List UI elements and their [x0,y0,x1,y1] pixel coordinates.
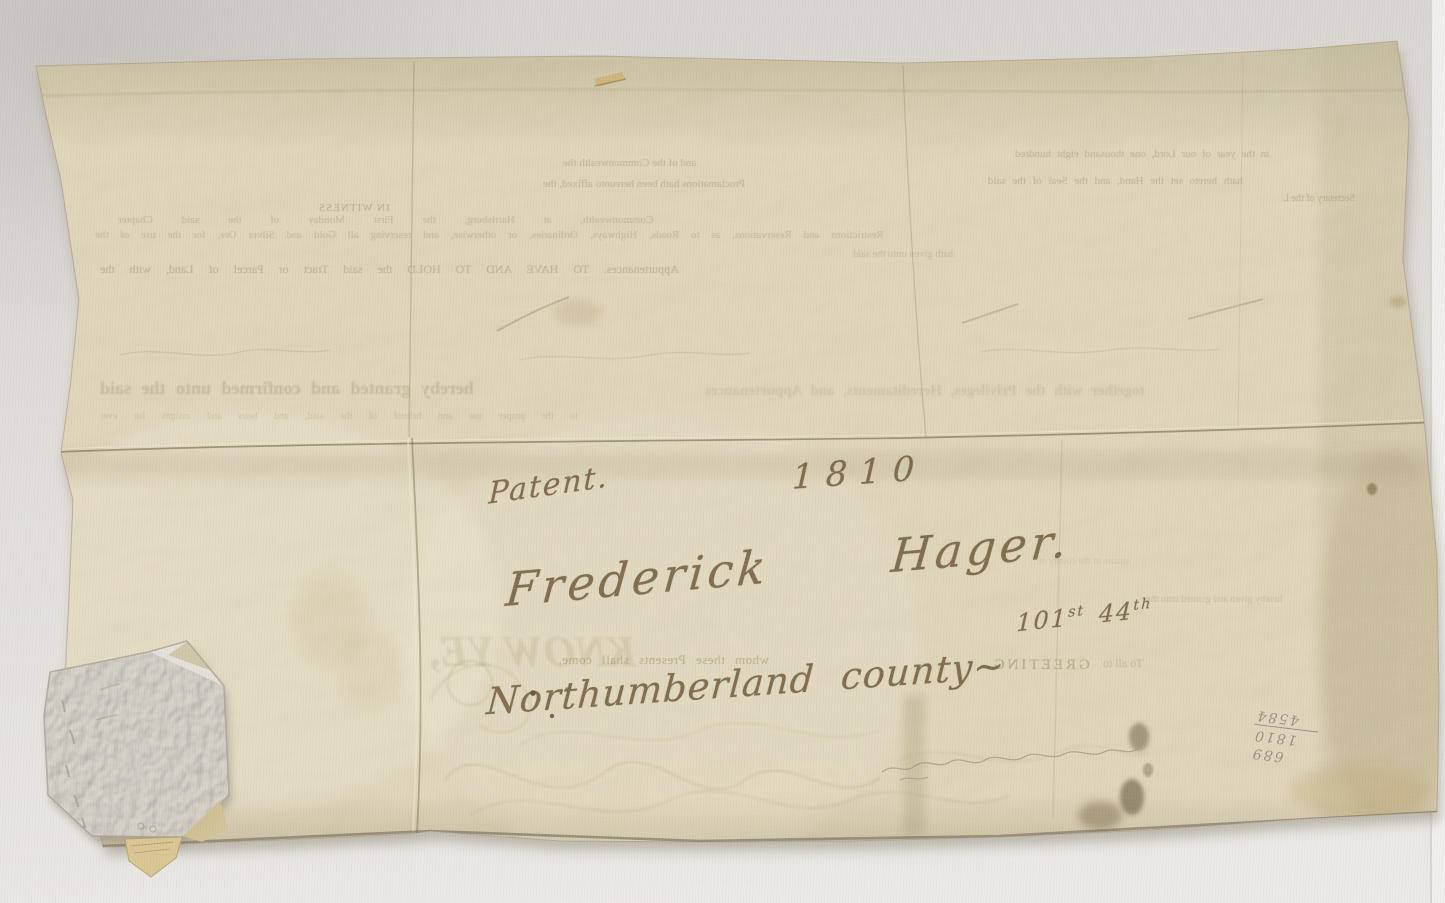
handwriting-layer: 1810 Patent. Frederick Hager. 101st44th … [0,0,1445,903]
lot-number-1: 101 [1016,604,1069,638]
lot-number-2: 44 [1098,597,1133,629]
lot-number-2-suffix: th [1133,596,1153,614]
grantee-name-annotation: Frederick Hager. [504,513,1073,617]
year-annotation: 1810 [791,448,927,498]
lot-numbers-annotation: 101st44th [1016,595,1153,638]
county-annotation: Northumberland county~ [485,644,1007,724]
lot-number-1-suffix: st [1068,603,1086,621]
patent-title-annotation: Patent. [488,459,610,511]
photograph-of-parchment-deed: in the year of our Lord, one thousand ei… [0,0,1445,903]
